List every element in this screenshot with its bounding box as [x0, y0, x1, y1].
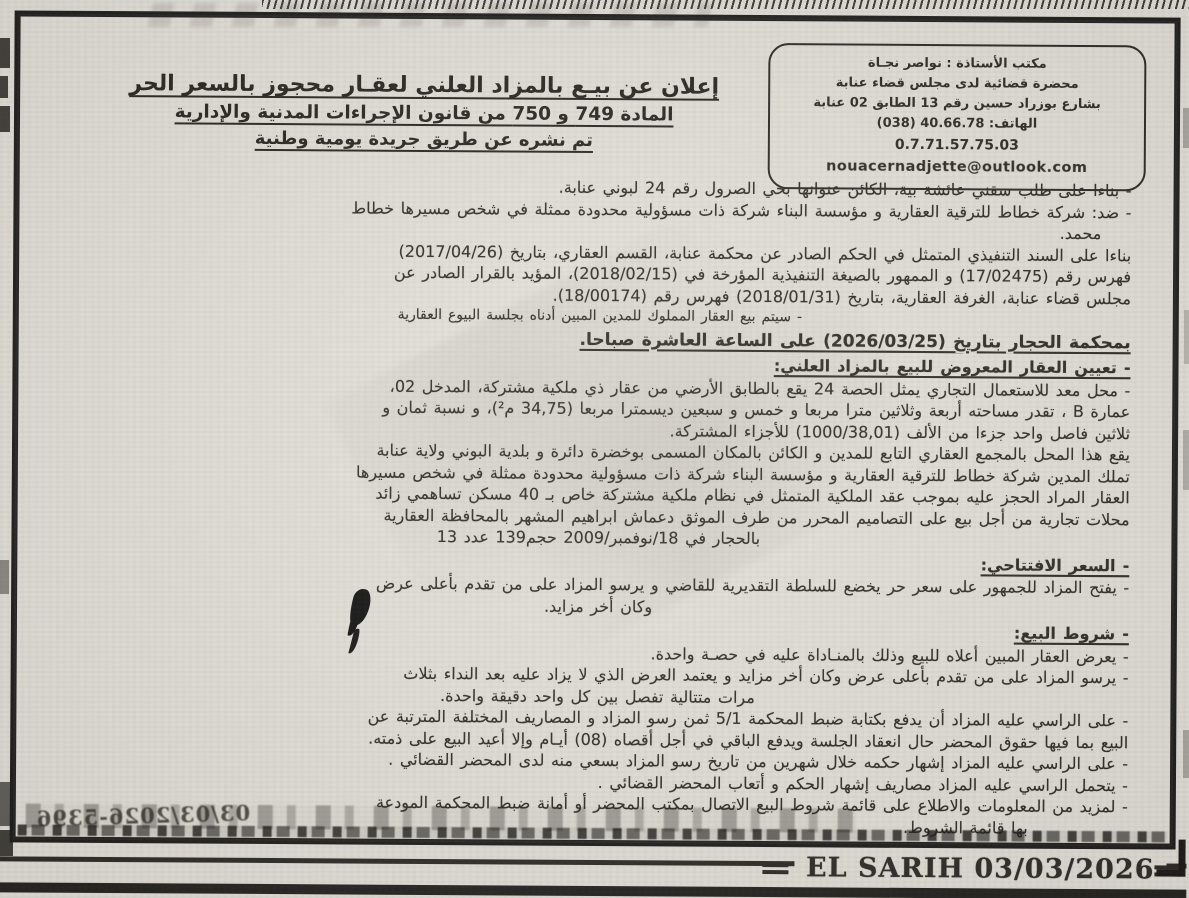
title-line-1: إعلان عن بيـع بالمزاد العلني لعقـار محجو… [56, 71, 792, 100]
office-email: nouacernadjette@outlook.com [780, 155, 1134, 180]
bailiff-office-box: مكتب الأستاذة : نواصر نجـاة محضرة قضائية… [768, 43, 1147, 191]
office-role: محضرة قضائية لدى مجلس قضاء عنابة [780, 73, 1134, 95]
newspaper-scan-page: إعلان عن بيـع بالمزاد العلني لعقـار محجو… [0, 0, 1189, 898]
office-address: بشارع بوزراد حسين رقم 13 الطابق 02 عنابة [780, 93, 1134, 115]
scan-tilt-wrapper: إعلان عن بيـع بالمزاد العلني لعقـار محجو… [0, 0, 1189, 898]
adjacent-frame-corner [1156, 839, 1185, 876]
bottom-rule [0, 882, 1186, 898]
title-line-3: تم نشره عن طريق جريدة يومية وطنية [56, 127, 792, 152]
announcement-frame: إعلان عن بيـع بالمزاد العلني لعقـار محجو… [10, 10, 1181, 849]
newspaper-masthead-date: EL SARIH 03/03/2026 [794, 852, 1167, 885]
office-phone: الهاتف: 40.66.78 (038) [780, 114, 1134, 136]
office-mobile: 0.7.71.57.75.03 [780, 134, 1134, 158]
office-name: مكتب الأستاذة : نواصر نجـاة [780, 53, 1134, 75]
masthead-dash-left [762, 863, 788, 867]
title-line-2: المادة 749 و 750 من قانون الإجراءات المد… [56, 101, 792, 126]
notice-body: - بناءا على طلب سقني عائشة بية، الكائن ع… [66, 174, 1132, 839]
notice-title: إعلان عن بيـع بالمزاد العلني لعقـار محجو… [56, 71, 792, 152]
sale-date-line: بمحكمة الحجار بتاريخ (2026/03/25) على ال… [69, 326, 1131, 354]
